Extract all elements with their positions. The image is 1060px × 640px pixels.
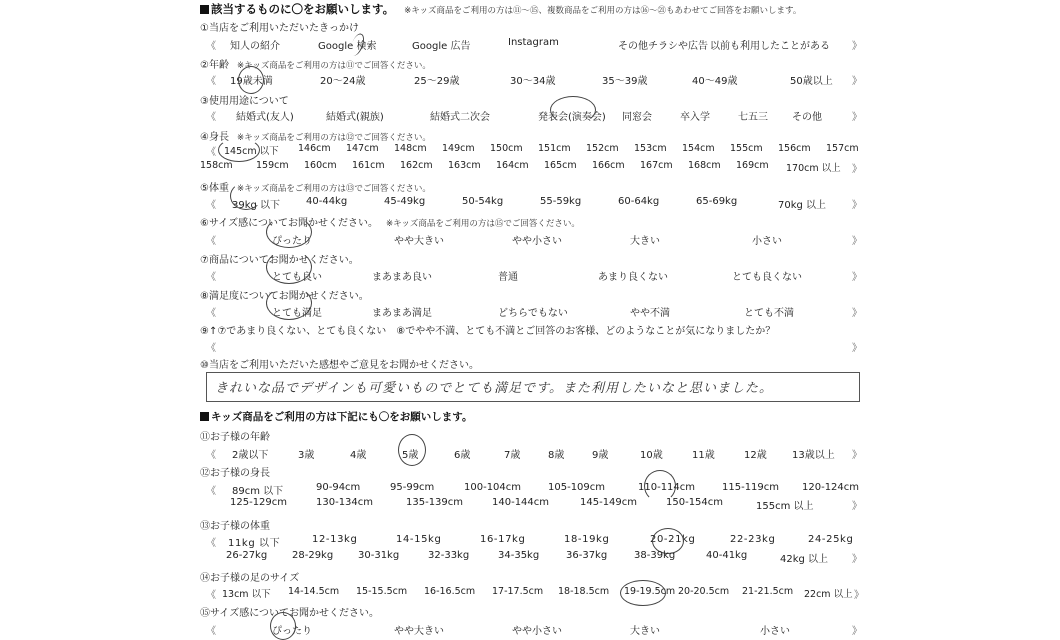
q2-option[interactable]: 30〜34歳	[510, 72, 555, 87]
q5-option[interactable]: 70kg 以上	[778, 196, 826, 211]
q3-option[interactable]: 同窓会	[622, 108, 652, 123]
q4-option[interactable]: 152cm	[586, 143, 619, 154]
q12-option[interactable]: 125-129cm	[230, 497, 287, 508]
q3-option[interactable]: その他	[792, 108, 822, 123]
q15-option[interactable]: やや大きい	[394, 622, 444, 637]
q12-option[interactable]: 89cm 以下	[232, 482, 283, 497]
q1-option[interactable]: 以前も利用したことがある	[710, 37, 830, 52]
close-bracket: 》	[852, 196, 862, 211]
q13-option[interactable]: 40-41kg	[706, 550, 747, 561]
q2-option-selected[interactable]: 19歳未満	[230, 72, 273, 87]
open-bracket: 《	[206, 446, 216, 461]
q5-option-selected[interactable]: 39kg 以下	[232, 196, 280, 211]
q4-option[interactable]: 169cm	[736, 160, 769, 171]
q13-option[interactable]: 32-33kg	[428, 550, 469, 561]
question-9-answer-area[interactable]: 《 》	[200, 339, 862, 356]
q14-option[interactable]: 18-18.5cm	[558, 586, 609, 597]
close-bracket: 》	[852, 304, 862, 319]
q4-option[interactable]: 158cm	[200, 160, 233, 171]
q13-option[interactable]: 22-23kg	[730, 534, 775, 545]
q1-option[interactable]: Google 広告	[412, 37, 470, 52]
q2-label-text: ②年齢	[200, 60, 229, 71]
close-bracket: 》	[852, 268, 862, 283]
q14-option[interactable]: 13cm 以下	[222, 586, 271, 600]
q6-option[interactable]: 小さい	[752, 232, 782, 247]
q14-option-selected[interactable]: 19-19.5cm	[624, 586, 675, 597]
open-bracket: 《	[206, 304, 216, 319]
q13-option[interactable]: 11kg 以下	[228, 534, 280, 549]
close-bracket: 》	[852, 446, 862, 461]
q13-option[interactable]: 16-17kg	[480, 534, 525, 545]
q6-note: ※キッズ商品をご利用の方は⑮でご回答ください。	[386, 219, 580, 229]
question-13-options-row1: 《 11kg 以下 12-13kg 14-15kg 16-17kg 18-19k…	[200, 534, 862, 551]
close-bracket: 》	[852, 72, 862, 87]
q4-note: ※キッズ商品をご利用の方は⑫でご回答ください。	[237, 133, 431, 143]
q4-option[interactable]: 146cm	[298, 143, 331, 154]
question-6-label: ⑥サイズ感についてお聞かせください。※キッズ商品をご利用の方は⑮でご回答ください…	[200, 214, 580, 231]
open-bracket: 《	[206, 586, 216, 601]
open-bracket: 《	[206, 72, 216, 87]
q13-option[interactable]: 26-27kg	[226, 550, 267, 561]
q12-option[interactable]: 155cm 以上	[756, 497, 814, 512]
q8-option[interactable]: とても不満	[744, 304, 794, 319]
q12-option[interactable]: 90-94cm	[316, 482, 360, 493]
q2-option[interactable]: 35〜39歳	[602, 72, 647, 87]
question-3-label: ③使用用途について	[200, 92, 289, 109]
q14-option[interactable]: 17-17.5cm	[492, 586, 543, 597]
question-8-options: 《 とても満足 まあまあ満足 どちらでもない やや不満 とても不満 》	[200, 304, 862, 321]
q4-option[interactable]: 160cm	[304, 160, 337, 171]
q13-option[interactable]: 24-25kg	[808, 534, 853, 545]
q4-option[interactable]: 166cm	[592, 160, 625, 171]
q13-option[interactable]: 34-35kg	[498, 550, 539, 561]
q12-option[interactable]: 105-109cm	[548, 482, 605, 493]
q3-option[interactable]: 結婚式(友人)	[236, 108, 294, 123]
q14-option[interactable]: 21-21.5cm	[742, 586, 793, 597]
q5-option[interactable]: 60-64kg	[618, 196, 659, 207]
q15-option[interactable]: 小さい	[760, 622, 790, 637]
q15-option[interactable]: 大きい	[630, 622, 660, 637]
q7-option[interactable]: とても良くない	[732, 268, 802, 283]
q4-option[interactable]: 168cm	[688, 160, 721, 171]
q5-option[interactable]: 50-54kg	[462, 196, 503, 207]
q5-option[interactable]: 55-59kg	[540, 196, 581, 207]
question-12-options-row2: 125-129cm 130-134cm 135-139cm 140-144cm …	[200, 497, 862, 514]
open-bracket: 《	[206, 482, 216, 497]
q4-option[interactable]: 149cm	[442, 143, 475, 154]
q4-option[interactable]: 150cm	[490, 143, 523, 154]
q12-option[interactable]: 100-104cm	[464, 482, 521, 493]
question-11-label: ⑪お子様の年齢	[200, 428, 270, 445]
q4-option-selected[interactable]: 145cm 以下	[224, 143, 279, 157]
q13-option[interactable]: 42kg 以上	[780, 550, 828, 565]
close-bracket: 》	[852, 339, 862, 354]
q5-option[interactable]: 65-69kg	[696, 196, 737, 207]
q12-option[interactable]: 130-134cm	[316, 497, 373, 508]
q4-option[interactable]: 164cm	[496, 160, 529, 171]
q3-option[interactable]: 結婚式二次会	[430, 108, 490, 123]
q5-option[interactable]: 40-44kg	[306, 196, 347, 207]
close-bracket: 》	[852, 160, 862, 175]
question-10-label: ⑩当店をご利用いただいた感想やご意見をお聞かせください。	[200, 356, 479, 373]
section-heading-kids: キッズ商品をご利用の方は下記にも〇をお願いします。	[200, 409, 472, 426]
q1-option[interactable]: Instagram	[508, 37, 559, 48]
q4-label-text: ④身長	[200, 132, 229, 143]
question-11-options: 《 2歳以下 3歳 4歳 5歳 6歳 7歳 8歳 9歳 10歳 11歳 12歳 …	[200, 446, 862, 463]
q6-label-text: ⑥サイズ感についてお聞かせください。	[200, 218, 378, 229]
feedback-answer-box[interactable]: きれいな品でデザインも可愛いものでとても満足です。また利用したいなと思いました。	[206, 372, 860, 402]
question-4-options-row1: 《 145cm 以下 146cm 147cm 148cm 149cm 150cm…	[200, 143, 862, 160]
q11-option[interactable]: 10歳	[640, 446, 663, 461]
q11-option[interactable]: 12歳	[744, 446, 767, 461]
q14-option[interactable]: 14-14.5cm	[288, 586, 339, 597]
q12-option[interactable]: 145-149cm	[580, 497, 637, 508]
heading-text: キッズ商品をご利用の方は下記にも〇をお願いします。	[211, 411, 472, 423]
q1-option[interactable]: 知人の紹介	[230, 37, 280, 52]
q8-option[interactable]: やや不満	[630, 304, 670, 319]
question-7-label: ⑦商品についてお聞かせください。	[200, 251, 359, 268]
q13-option[interactable]: 38-39kg	[634, 550, 675, 561]
q15-option-selected[interactable]: ぴったり	[272, 622, 312, 637]
q14-option[interactable]: 22cm 以上	[804, 586, 853, 600]
q11-option[interactable]: 13歳以上	[792, 446, 835, 461]
handwritten-feedback: きれいな品でデザインも可愛いものでとても満足です。また利用したいなと思いました。	[215, 377, 773, 396]
open-bracket: 《	[206, 268, 216, 283]
q8-option[interactable]: どちらでもない	[498, 304, 568, 319]
q7-option[interactable]: あまり良くない	[598, 268, 668, 283]
q11-option[interactable]: 11歳	[692, 446, 715, 461]
close-bracket: 》	[852, 622, 862, 637]
question-1-label: ①当店をご利用いただいたきっかけ	[200, 19, 359, 36]
q7-option[interactable]: 普通	[498, 268, 518, 283]
q11-option-selected[interactable]: 5歳	[402, 446, 418, 461]
question-6-options: 《 ぴったり やや大きい やや小さい 大きい 小さい 》	[200, 232, 862, 249]
open-bracket: 《	[206, 622, 216, 637]
q12-option[interactable]: 95-99cm	[390, 482, 434, 493]
q4-option[interactable]: 163cm	[448, 160, 481, 171]
open-bracket: 《	[206, 339, 216, 354]
section-heading-general: 該当するものに〇をお願いします。※キッズ商品をご利用の方は⑪〜⑮、複数商品をご利…	[200, 1, 801, 18]
q5-note: ※キッズ商品をご利用の方は⑬でご回答ください。	[237, 184, 431, 194]
close-bracket: 》	[852, 497, 862, 512]
open-bracket: 《	[206, 534, 217, 549]
q14-option[interactable]: 16-16.5cm	[424, 586, 475, 597]
heading-note: ※キッズ商品をご利用の方は⑪〜⑮、複数商品をご利用の方は⑯〜㉑もあわせてご回答を…	[404, 6, 801, 16]
q3-option[interactable]: 卒入学	[680, 108, 710, 123]
q5-option[interactable]: 45-49kg	[384, 196, 425, 207]
q12-option[interactable]: 135-139cm	[406, 497, 463, 508]
q4-option[interactable]: 147cm	[346, 143, 379, 154]
q2-option[interactable]: 40〜49歳	[692, 72, 737, 87]
q4-option[interactable]: 159cm	[256, 160, 289, 171]
q11-option[interactable]: 2歳以下	[232, 446, 268, 461]
q4-option[interactable]: 162cm	[400, 160, 433, 171]
close-bracket: 》	[854, 586, 864, 601]
square-bullet-icon	[200, 5, 209, 14]
question-5-label: ⑤体重※キッズ商品をご利用の方は⑬でご回答ください。	[200, 179, 431, 196]
q13-option[interactable]: 18-19kg	[564, 534, 609, 545]
q13-option[interactable]: 12-13kg	[312, 534, 357, 545]
q4-option[interactable]: 153cm	[634, 143, 667, 154]
question-8-label: ⑧満足度についてお聞かせください。	[200, 287, 369, 304]
close-bracket: 》	[852, 37, 862, 52]
q4-option[interactable]: 154cm	[682, 143, 715, 154]
q4-option[interactable]: 170cm 以上	[786, 160, 841, 174]
q4-option[interactable]: 157cm	[826, 143, 859, 154]
heading-text: 該当するものに〇をお願いします。	[211, 2, 394, 16]
q1-option-selected[interactable]: Google 検索	[318, 37, 376, 52]
q4-option[interactable]: 156cm	[778, 143, 811, 154]
q12-option[interactable]: 140-144cm	[492, 497, 549, 508]
q3-option-selected[interactable]: 発表会(演奏会)	[538, 108, 606, 123]
q8-option[interactable]: まあまあ満足	[372, 304, 432, 319]
q2-option[interactable]: 50歳以上	[790, 72, 833, 87]
q12-option[interactable]: 150-154cm	[666, 497, 723, 508]
q14-option[interactable]: 20-20.5cm	[678, 586, 729, 597]
q4-option[interactable]: 151cm	[538, 143, 571, 154]
q3-option[interactable]: 結婚式(親族)	[326, 108, 384, 123]
close-bracket: 》	[852, 232, 862, 247]
q6-option[interactable]: 大きい	[630, 232, 660, 247]
close-bracket: 》	[852, 550, 862, 565]
q2-note: ※キッズ商品をご利用の方は⑪でご回答ください。	[237, 61, 431, 71]
question-13-label: ⑬お子様の体重	[200, 517, 270, 534]
q14-option[interactable]: 15-15.5cm	[356, 586, 407, 597]
q7-option-selected[interactable]: とても良い	[272, 268, 322, 283]
q11-option[interactable]: 3歳	[298, 446, 314, 461]
q6-option-selected[interactable]: ぴったり	[272, 232, 312, 247]
question-12-label: ⑫お子様の身長	[200, 464, 270, 481]
question-2-options: 《 19歳未満 20〜24歳 25〜29歳 30〜34歳 35〜39歳 40〜4…	[200, 72, 862, 89]
question-15-options: 《 ぴったり やや大きい やや小さい 大きい 小さい 》	[200, 622, 862, 639]
open-bracket: 《	[206, 108, 216, 123]
q6-option[interactable]: やや大きい	[394, 232, 444, 247]
question-9-label: ⑨↑⑦であまり良くない、とても良くない ⑧でやや不満、とても不満とご回答のお客様…	[200, 322, 775, 339]
question-5-options: 《 39kg 以下 40-44kg 45-49kg 50-54kg 55-59k…	[200, 196, 862, 213]
q11-option[interactable]: 9歳	[592, 446, 608, 461]
question-14-options: 《 13cm 以下 14-14.5cm 15-15.5cm 16-16.5cm …	[200, 586, 862, 603]
square-bullet-icon	[200, 412, 209, 421]
q4-option[interactable]: 155cm	[730, 143, 763, 154]
survey-sheet: 該当するものに〇をお願いします。※キッズ商品をご利用の方は⑪〜⑮、複数商品をご利…	[200, 0, 865, 640]
q13-option[interactable]: 36-37kg	[566, 550, 607, 561]
question-4-options-row2: 158cm 159cm 160cm 161cm 162cm 163cm 164c…	[200, 160, 862, 177]
q2-option[interactable]: 20〜24歳	[320, 72, 365, 87]
q12-option-selected[interactable]: 110-114cm	[638, 482, 695, 493]
q12-option[interactable]: 120-124cm	[802, 482, 859, 493]
q11-option[interactable]: 6歳	[454, 446, 470, 461]
q11-option[interactable]: 7歳	[504, 446, 520, 461]
q5-label-text: ⑤体重	[200, 183, 229, 194]
q3-option[interactable]: 七五三	[738, 108, 768, 123]
q13-option[interactable]: 30-31kg	[358, 550, 399, 561]
q1-option[interactable]: その他チラシや広告	[618, 37, 708, 52]
close-bracket: 》	[852, 108, 862, 123]
q11-option[interactable]: 4歳	[350, 446, 366, 461]
q8-option-selected[interactable]: とても満足	[272, 304, 322, 319]
question-15-label: ⑮サイズ感についてお聞かせください。	[200, 604, 379, 621]
question-7-options: 《 とても良い まあまあ良い 普通 あまり良くない とても良くない 》	[200, 268, 862, 285]
q4-option[interactable]: 167cm	[640, 160, 673, 171]
q6-option[interactable]: やや小さい	[512, 232, 562, 247]
q13-option[interactable]: 28-29kg	[292, 550, 333, 561]
question-2-label: ②年齢※キッズ商品をご利用の方は⑪でご回答ください。	[200, 56, 431, 73]
q7-option[interactable]: まあまあ良い	[372, 268, 432, 283]
q4-option[interactable]: 161cm	[352, 160, 385, 171]
q4-option[interactable]: 165cm	[544, 160, 577, 171]
q12-option[interactable]: 115-119cm	[722, 482, 779, 493]
open-bracket: 《	[206, 196, 216, 211]
open-bracket: 《	[206, 37, 216, 52]
open-bracket: 《	[206, 143, 216, 158]
question-14-label: ⑭お子様の足のサイズ	[200, 569, 299, 586]
q13-option[interactable]: 14-15kg	[396, 534, 441, 545]
q11-option[interactable]: 8歳	[548, 446, 564, 461]
q4-option[interactable]: 148cm	[394, 143, 427, 154]
question-13-options-row2: 26-27kg 28-29kg 30-31kg 32-33kg 34-35kg …	[200, 550, 862, 567]
q2-option[interactable]: 25〜29歳	[414, 72, 459, 87]
q15-option[interactable]: やや小さい	[512, 622, 562, 637]
open-bracket: 《	[206, 232, 216, 247]
q13-option-selected[interactable]: 20-21kg	[650, 534, 695, 545]
question-1-options: 《 知人の紹介 Google 検索 Google 広告 Instagram その…	[200, 37, 862, 54]
question-3-options: 《 結婚式(友人) 結婚式(親族) 結婚式二次会 発表会(演奏会) 同窓会 卒入…	[200, 108, 862, 125]
